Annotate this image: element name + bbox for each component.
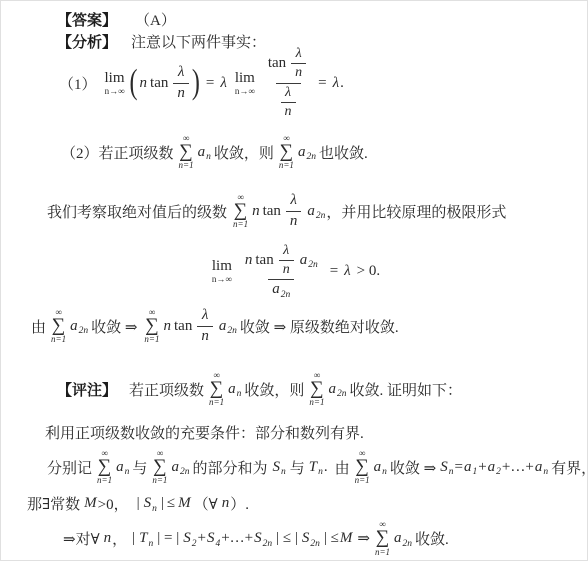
variable: n (282, 262, 291, 278)
spacer (227, 211, 230, 212)
spacer (174, 152, 176, 153)
text: 那∃常数 (27, 493, 80, 514)
variable: a (327, 381, 337, 398)
summation: ∞∑n=1 (309, 371, 324, 407)
text: 有界， (551, 457, 588, 478)
numerator: λ (279, 243, 293, 260)
text: +…+ (221, 530, 253, 547)
variable: a (115, 459, 125, 476)
numerator: λ (281, 85, 295, 102)
limit-subscript: n→∞ (105, 87, 125, 96)
text: 【评注】 (57, 379, 117, 400)
variable: n (284, 104, 293, 120)
subscript: n (237, 389, 242, 399)
variable: λ (282, 243, 290, 259)
variable: S (439, 459, 449, 476)
subscript: 2n (263, 539, 273, 549)
variable: a (218, 318, 228, 335)
spacer (228, 83, 233, 84)
variable: n (139, 75, 149, 92)
text: ≤ (167, 495, 175, 512)
variable: M (83, 495, 98, 512)
variable: M (339, 530, 354, 547)
summation: ∞∑n=1 (97, 449, 112, 485)
document-page: 【答案】 （A） 【分析】 注意以下两件事实： （1）limn→∞(ntanλn… (0, 0, 588, 561)
text: 收敛. 证明如下： (349, 379, 462, 400)
spacer (370, 538, 372, 539)
variable: S (143, 495, 153, 512)
variable: T (138, 530, 148, 547)
final-conclusion-line: ⇒对∀n，|Tn| = |S2+S4+…+S2n| ≤ |S2n| ≤M⇒∞∑n… (63, 516, 449, 561)
text: ， (112, 528, 127, 549)
text: = (330, 263, 338, 280)
text: 收敛，则 (244, 379, 304, 400)
text: 若正项级数 (129, 379, 204, 400)
subscript: n (149, 539, 154, 549)
sum-lower-limit: n=1 (144, 335, 159, 344)
variable: n (244, 252, 254, 269)
sum-lower-limit: n=1 (355, 476, 370, 485)
consider-absolute-series-line: 我们考察取绝对值后的级数∞∑n=1ntanλna2n，并用比较原理的极限形式 (47, 187, 506, 235)
sigma-icon: ∑ (376, 529, 390, 547)
subscript: 2n (337, 389, 347, 399)
spacer (137, 326, 141, 327)
variable: λ (219, 75, 228, 92)
spacer (350, 467, 352, 468)
variable: a (227, 381, 237, 398)
numerator: tanλn (265, 46, 311, 82)
text: ⇒ (357, 529, 370, 548)
remark-line: 【评注】若正项级数∞∑n=1an收敛，则∞∑n=1a2n收敛. 证明如下： (57, 365, 462, 413)
sigma-icon: ∑ (234, 202, 248, 220)
text: +…+ (502, 459, 534, 476)
denominator: n (173, 83, 189, 102)
text: 收敛 ⇒ (91, 316, 137, 337)
variable: a (297, 144, 307, 161)
text: > 0. (357, 263, 380, 280)
spacer (192, 326, 195, 327)
fraction: λn (279, 243, 294, 278)
variable: λ (295, 46, 303, 62)
answer-value: （A） (135, 9, 176, 30)
subscript: 2 (496, 467, 501, 477)
numerator: λ (292, 46, 306, 63)
fraction: λn (286, 192, 302, 230)
summation: ∞∑n=1 (233, 193, 248, 229)
parenthesis: ) (191, 63, 201, 102)
variable: λ (284, 85, 292, 101)
denominator: n (197, 326, 213, 345)
fraction: λn (281, 85, 296, 120)
subscript: 2n (316, 211, 326, 221)
fraction: λn (291, 46, 306, 81)
summation: ∞∑n=1 (355, 449, 370, 485)
subscript: n (281, 467, 286, 477)
variable: T (308, 459, 318, 476)
text: 由 (31, 316, 46, 337)
text: 收敛 ⇒ 原级数绝对收敛. (240, 316, 399, 337)
sigma-icon: ∑ (179, 143, 193, 161)
spacer (274, 260, 277, 261)
numerator: λ (174, 64, 189, 82)
text: （1） (59, 73, 97, 94)
summation: ∞∑n=1 (152, 449, 167, 485)
numerator: λ (198, 307, 213, 325)
subscript: 2n (308, 260, 318, 271)
summation: ∞∑n=1 (209, 371, 224, 407)
spacer (97, 83, 103, 84)
sigma-icon: ∑ (145, 317, 159, 335)
sigma-icon: ∑ (355, 458, 369, 476)
variable: a (534, 459, 544, 476)
parenthesis: ( (129, 63, 139, 102)
text: = (206, 75, 214, 92)
variable: λ (201, 307, 210, 324)
text: = (318, 75, 326, 92)
sigma-icon: ∑ (310, 380, 324, 398)
subscript: 2n (227, 326, 237, 336)
text: ）. (230, 493, 249, 514)
text: >0， (98, 493, 129, 514)
variable: a (306, 203, 316, 220)
text: 由 (335, 457, 350, 478)
subscript: 1 (472, 467, 477, 477)
sum-lower-limit: n=1 (51, 335, 66, 344)
subscript: n (152, 504, 157, 514)
sum-lower-limit: n=1 (152, 476, 167, 485)
lim-word: lim (212, 259, 232, 274)
fact2-series-line: （2）若正项级数∞∑n=1an收敛，则∞∑n=1a2n也收敛. (61, 130, 368, 174)
variable: S (182, 530, 192, 547)
deduction-line: 由∞∑n=1a2n收敛 ⇒∞∑n=1ntanλna2n收敛 ⇒ 原级数绝对收敛. (31, 302, 399, 350)
spacer (274, 152, 276, 153)
subscript: 2n (281, 290, 291, 301)
subscript: n (543, 467, 548, 477)
text: 收敛，则 (214, 142, 274, 163)
summation: ∞∑n=1 (51, 308, 66, 344)
subscript: 4 (215, 539, 220, 549)
text: （∀ (194, 493, 218, 514)
spacer (46, 326, 48, 327)
subscript: n (125, 467, 130, 477)
variable: n (163, 318, 173, 335)
limit-subscript: n→∞ (235, 87, 255, 96)
text: + (197, 530, 205, 547)
lim-operator: limn→∞ (235, 71, 255, 96)
text: 与 (290, 457, 305, 478)
text: 的部分和为 (192, 457, 267, 478)
summation: ∞∑n=1 (375, 520, 390, 556)
variable: S (301, 530, 311, 547)
text: ，并用比较原理的极限形式 (326, 201, 506, 222)
subscript: n (382, 467, 387, 477)
variable: λ (177, 64, 186, 81)
text: tan (150, 75, 168, 92)
text: 收敛. (415, 528, 449, 549)
spacer (234, 271, 239, 272)
variable: a (487, 459, 497, 476)
sigma-icon: ∑ (280, 143, 294, 161)
spacer (281, 211, 284, 212)
sum-lower-limit: n=1 (233, 220, 248, 229)
variable: n (221, 495, 231, 512)
text: （2）若正项级数 (61, 142, 174, 163)
summation: ∞∑n=1 (144, 308, 159, 344)
variable: n (251, 203, 261, 220)
sum-lower-limit: n=1 (209, 398, 224, 407)
sufficient-condition-line: 利用正项级数收敛的充要条件：部分和数列有界. (45, 422, 364, 443)
variable: a (271, 281, 281, 298)
summation: ∞∑n=1 (279, 134, 294, 170)
variable: a (393, 530, 403, 547)
sum-lower-limit: n=1 (309, 398, 324, 407)
text: tan (174, 318, 192, 335)
variable: a (463, 459, 473, 476)
variable: a (299, 252, 309, 269)
spacer (168, 83, 171, 84)
subscript: 2 (192, 539, 197, 549)
text: . (340, 75, 344, 92)
variable: a (170, 459, 180, 476)
variable: S (271, 459, 281, 476)
text: + (478, 459, 486, 476)
denominator: n (279, 260, 294, 278)
spacer (147, 467, 149, 468)
variable: a (197, 144, 207, 161)
variable: S (253, 530, 263, 547)
sum-lower-limit: n=1 (179, 161, 194, 170)
spacer (129, 503, 137, 504)
variable: a (373, 459, 383, 476)
lim-operator: limn→∞ (105, 71, 125, 96)
fraction: tanλnλn (265, 46, 311, 119)
text: tan (268, 55, 286, 72)
text: = (454, 459, 462, 476)
sum-lower-limit: n=1 (97, 476, 112, 485)
text: | ≤ | (276, 530, 298, 547)
spacer (286, 63, 289, 64)
text: | = | (157, 530, 179, 547)
numerator: λ (286, 192, 301, 210)
partial-sums-line: 分别记∞∑n=1an与∞∑n=1a2n的部分和为Sn与Tn.由∞∑n=1an收敛… (47, 443, 587, 491)
text: 与 (132, 457, 147, 478)
subscript: n (318, 467, 323, 477)
answer-label: 【答案】 (57, 9, 117, 30)
subscript: n (449, 467, 454, 477)
sigma-icon: ∑ (52, 317, 66, 335)
variable: n (103, 530, 113, 547)
subscript: 2n (403, 539, 413, 549)
variable: a (69, 318, 79, 335)
denominator: n (281, 102, 296, 120)
spacer (257, 83, 263, 84)
text: tan (255, 252, 273, 269)
bounded-constant-line: 那∃常数M>0，|Sn|≤M（∀n）. (27, 493, 249, 514)
text: ⇒对∀ (63, 528, 100, 549)
centered-limit-formula: limn→∞ntanλna2na2n=λ> 0. (1, 239, 588, 303)
variable: M (177, 495, 192, 512)
subscript: 2n (180, 467, 190, 477)
sufficient-condition-text: 利用正项级数收敛的充要条件：部分和数列有界. (45, 422, 364, 443)
sum-lower-limit: n=1 (375, 548, 390, 557)
subscript: 2n (310, 539, 320, 549)
variable: S (206, 530, 216, 547)
text: 也收敛. (319, 142, 368, 163)
summation: ∞∑n=1 (179, 134, 194, 170)
numerator: ntanλna2n (241, 243, 322, 279)
lim-word: lim (235, 71, 255, 86)
sigma-icon: ∑ (210, 380, 224, 398)
fraction: ntanλna2na2n (241, 243, 322, 298)
subscript: 2n (79, 326, 89, 336)
text: tan (263, 203, 281, 220)
text: 我们考察取绝对值后的级数 (47, 201, 227, 222)
answer-line: 【答案】 （A） (57, 9, 176, 30)
text: 分别记 (47, 457, 92, 478)
variable: n (176, 85, 186, 102)
sigma-icon: ∑ (153, 458, 167, 476)
spacer (117, 389, 129, 390)
fraction: λn (173, 64, 189, 102)
spacer (304, 389, 306, 390)
variable: n (200, 328, 210, 345)
variable: n (289, 213, 299, 230)
formula-limit-identity-line: （1）limn→∞(ntanλn)=λlimn→∞tanλnλn=λ. (59, 45, 344, 121)
sum-lower-limit: n=1 (279, 161, 294, 170)
lim-operator: limn→∞ (212, 259, 232, 284)
subscript: n (206, 152, 211, 162)
denominator: n (291, 63, 306, 81)
variable: λ (343, 263, 352, 280)
text: 收敛 ⇒ (390, 457, 436, 478)
subscript: 2n (306, 152, 316, 162)
fraction: λn (197, 307, 213, 345)
denominator: λn (276, 83, 301, 120)
variable: λ (289, 192, 298, 209)
variable: λ (332, 75, 341, 92)
spacer (92, 467, 94, 468)
text: | ≤ (324, 530, 339, 547)
denominator: n (286, 211, 302, 230)
limit-subscript: n→∞ (212, 275, 232, 284)
sigma-icon: ∑ (98, 458, 112, 476)
spacer (328, 467, 335, 468)
spacer (204, 389, 206, 390)
variable: n (294, 65, 303, 81)
lim-word: lim (105, 71, 125, 86)
denominator: a2n (268, 279, 294, 298)
